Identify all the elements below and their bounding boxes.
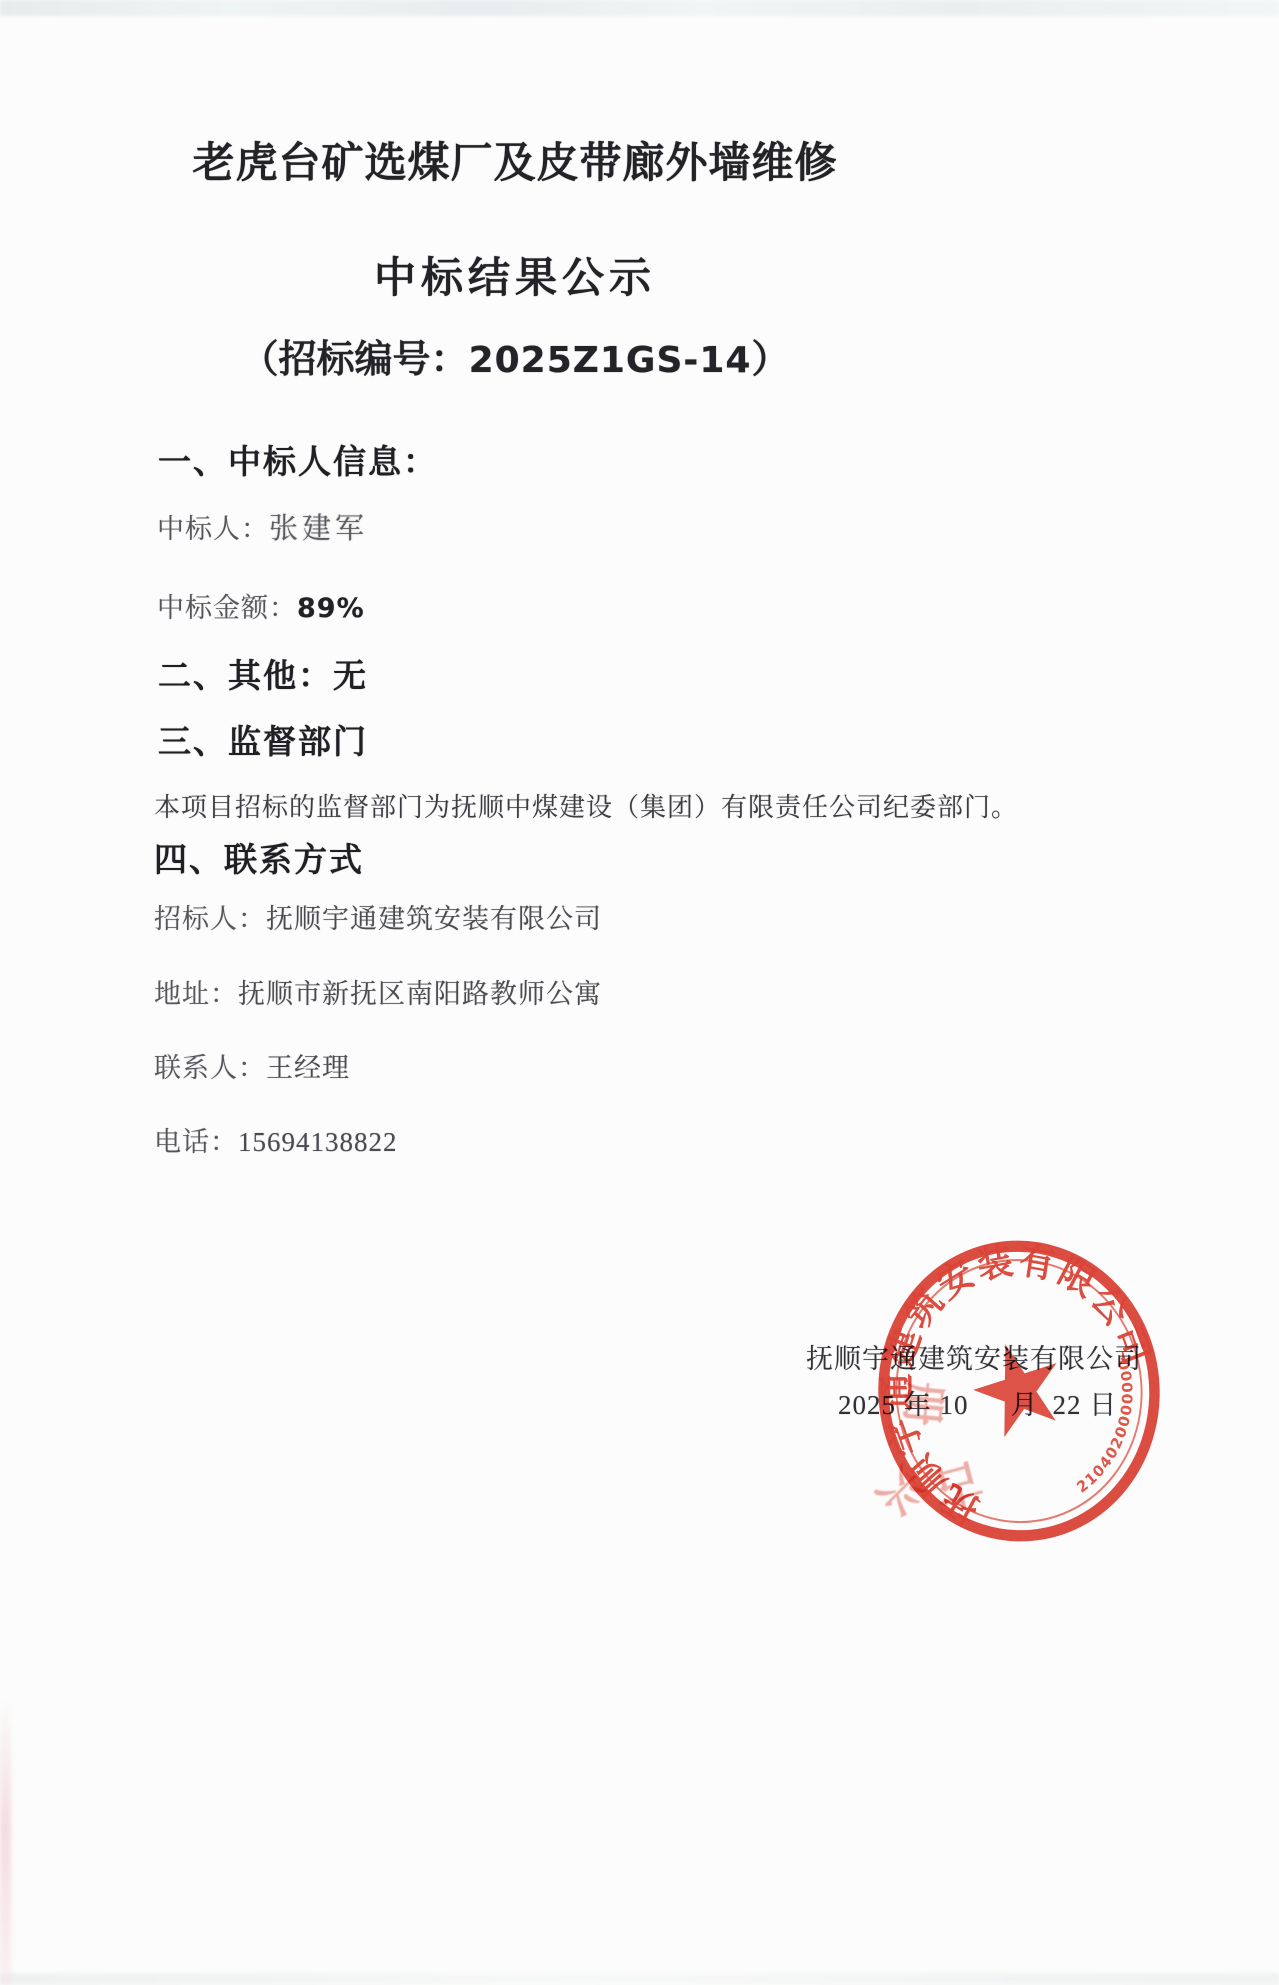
contact-person-value: 王经理 <box>266 1053 350 1083</box>
address-label: 地址： <box>154 979 238 1009</box>
contact-row-phone: 电话：15694138822 <box>154 1120 398 1159</box>
winner-label: 中标人： <box>157 514 269 544</box>
contact-person-label: 联系人： <box>154 1053 266 1083</box>
amount-label: 中标金额： <box>157 593 297 623</box>
phone-label: 电话： <box>154 1127 238 1157</box>
winner-name: 张建军 <box>269 513 368 545</box>
seal-star-icon <box>964 1331 1072 1443</box>
bidder-value: 抚顺宇通建筑安装有限公司 <box>266 904 602 934</box>
section1-heading: 一、中标人信息： <box>158 436 438 483</box>
photo-edge-bottom <box>0 1973 1279 1985</box>
bidder-label: 招标人： <box>154 904 266 934</box>
document-title-line1: 老虎台矿选煤厂及皮带廊外墙维修 <box>0 130 1030 190</box>
photo-edge-top <box>0 0 1279 16</box>
amount-row: 中标金额：89% <box>157 586 365 625</box>
section3-heading: 三、监督部门 <box>158 716 368 763</box>
phone-value: 15694138822 <box>238 1127 398 1157</box>
document-title-line2: 中标结果公示 <box>0 245 1030 305</box>
section2-heading: 二、其他：无 <box>158 650 368 697</box>
section4-heading: 四、联系方式 <box>154 834 364 881</box>
scanned-document-page: 老虎台矿选煤厂及皮带廊外墙维修 中标结果公示 （招标编号：2025Z1GS-14… <box>0 0 1279 1985</box>
contact-row-bidder: 招标人：抚顺宇通建筑安装有限公司 <box>154 897 602 936</box>
winner-row: 中标人：张建军 <box>157 506 368 547</box>
tender-number-suffix: ） <box>751 339 789 381</box>
tender-number-line: （招标编号：2025Z1GS-14） <box>0 328 1030 383</box>
amount-value: 89% <box>297 593 365 624</box>
address-value: 抚顺市新抚区南阳路教师公寓 <box>238 979 602 1009</box>
company-seal-stamp: 抚顺宇通建筑安装有限公司 21040200000003 <box>863 1226 1175 1556</box>
contact-row-person: 联系人：王经理 <box>154 1046 350 1085</box>
supervision-body: 本项目招标的监督部门为抚顺中煤建设（集团）有限责任公司纪委部门。 <box>154 787 1018 824</box>
contact-row-address: 地址：抚顺市新抚区南阳路教师公寓 <box>154 972 602 1011</box>
photo-edge-left-smudge <box>0 1700 11 1985</box>
tender-number-code: 2025Z1GS-14 <box>469 340 752 381</box>
tender-number-prefix: （招标编号： <box>241 339 469 381</box>
